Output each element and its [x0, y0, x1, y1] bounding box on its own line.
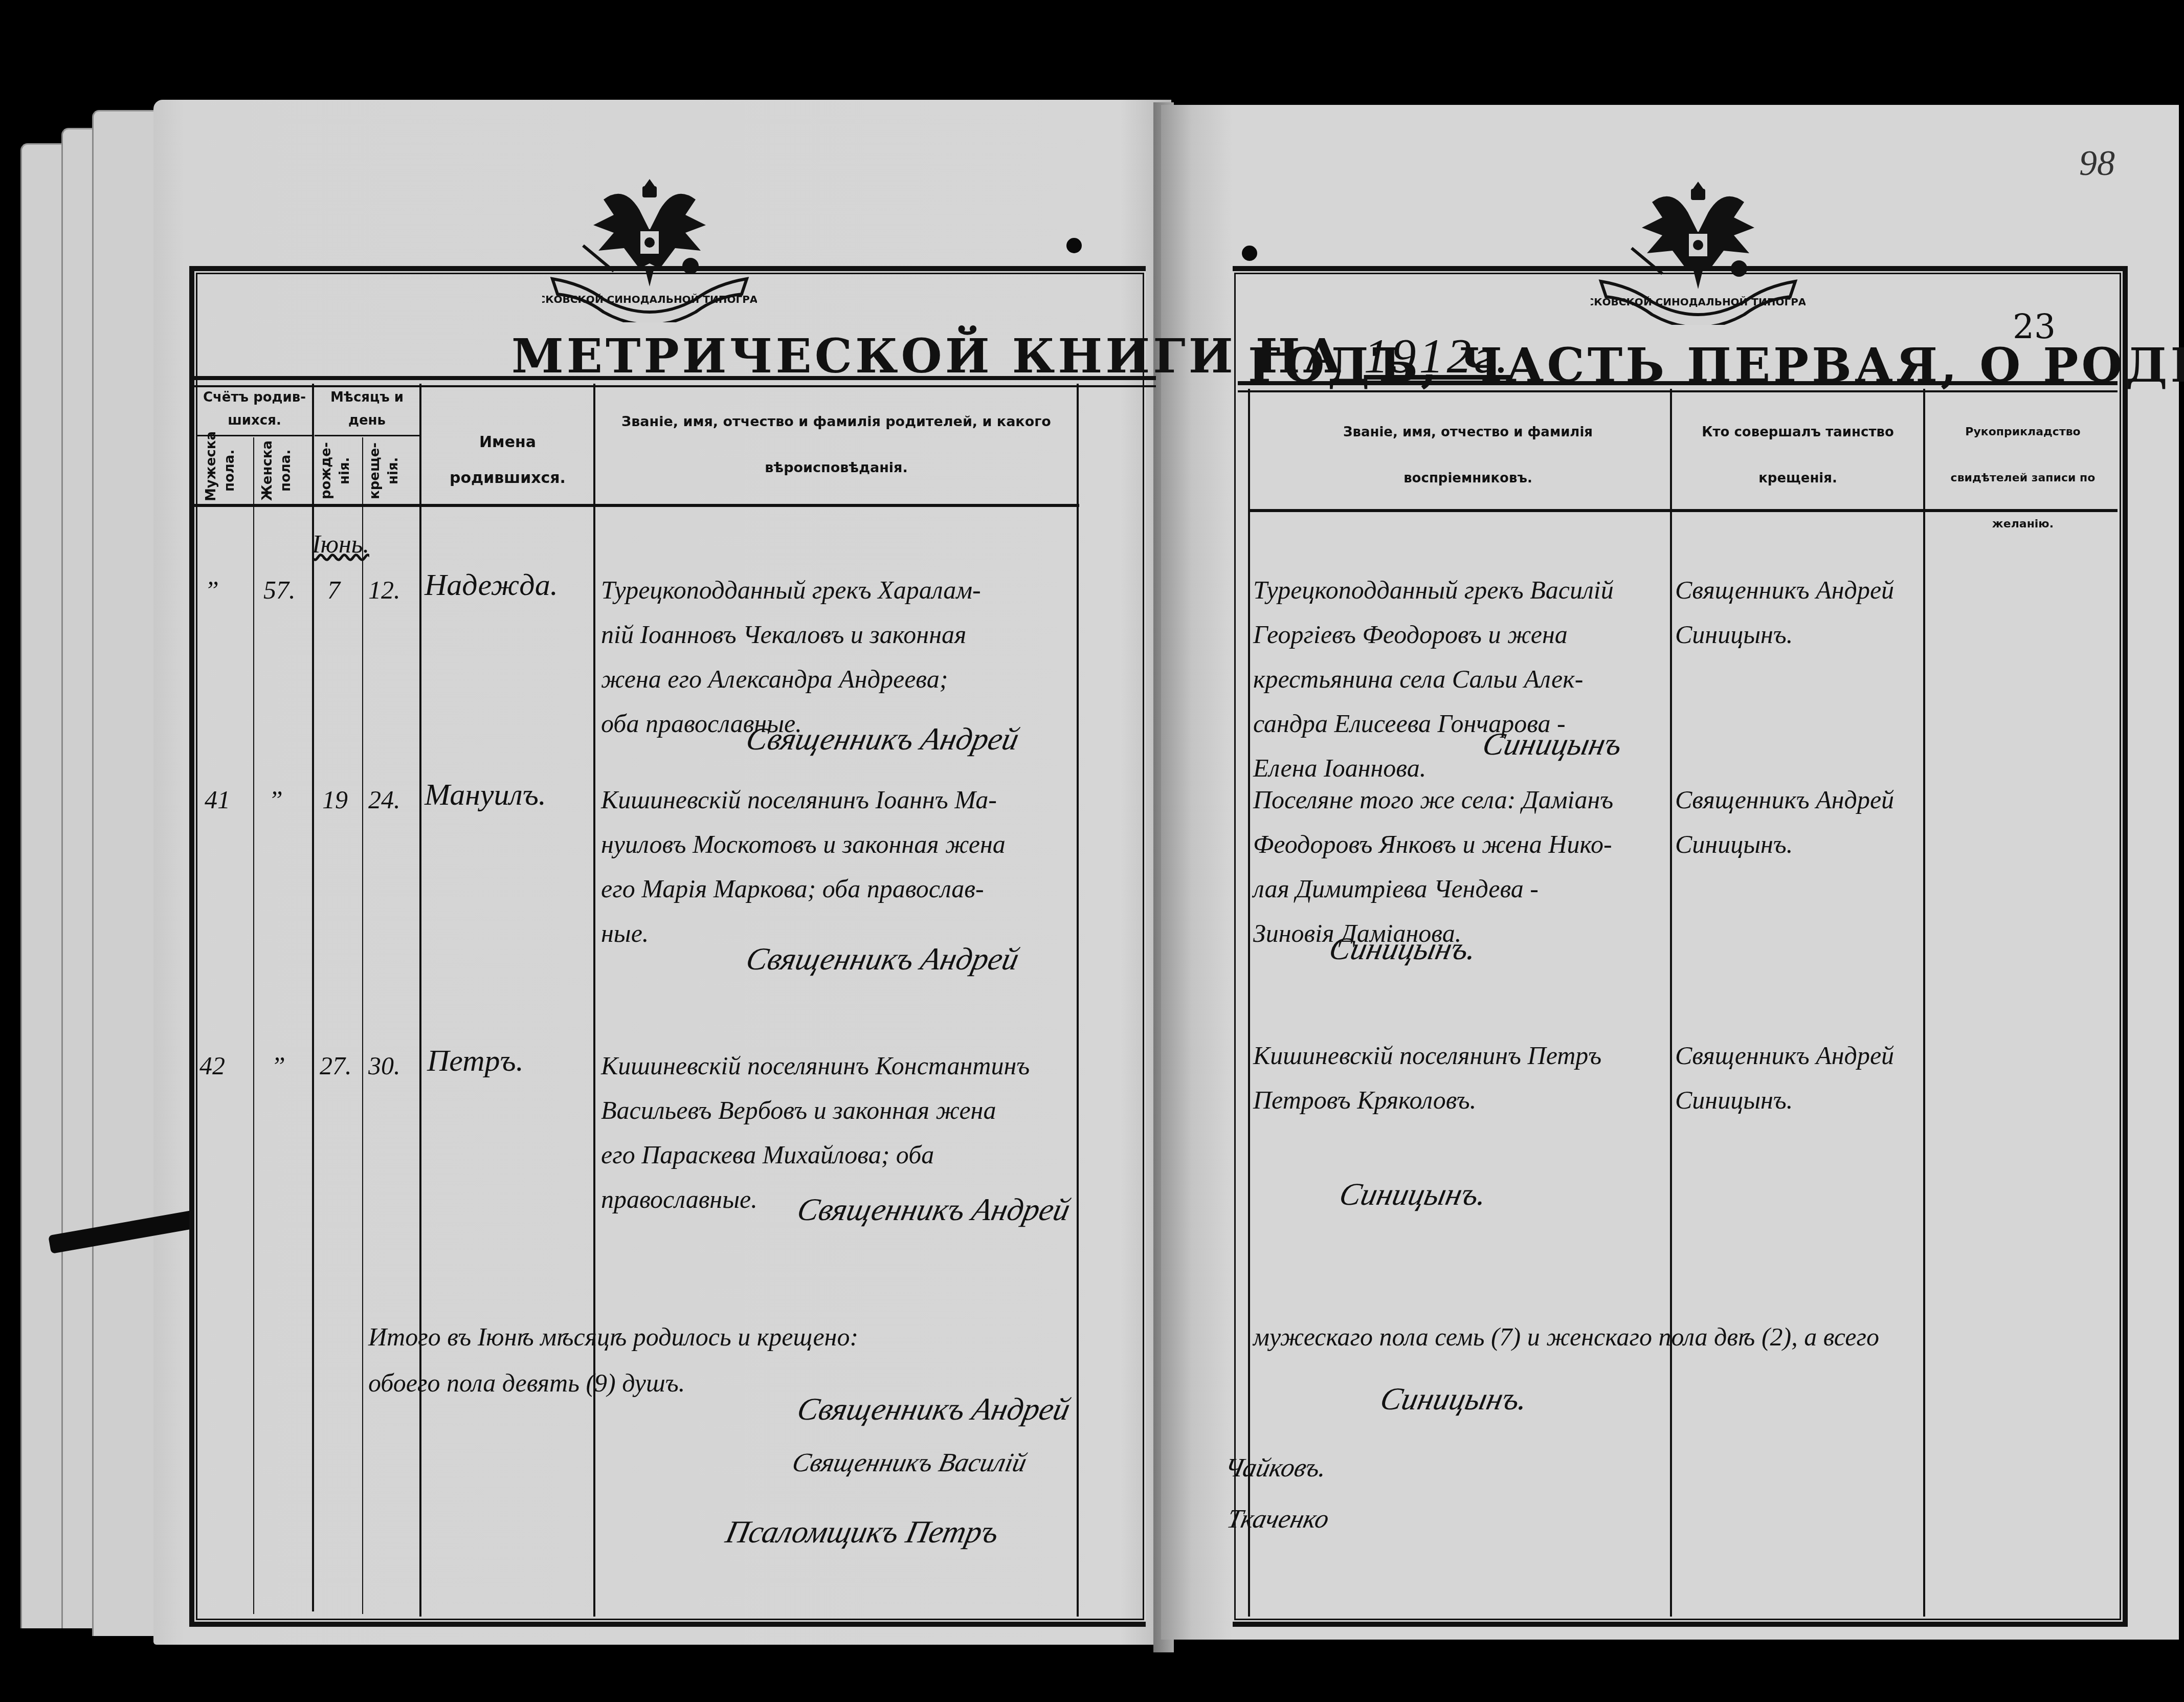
summary-signature-tkachenko: Ткаченко: [1224, 1504, 1332, 1534]
record-1-parents-signature: Священникъ Андрей: [743, 721, 1022, 758]
summary-signature-sinitsyn: Синицынъ.: [1377, 1381, 1531, 1418]
header-date-group: Мѣсяцъ и день: [315, 386, 419, 432]
col-divider: [1077, 384, 1079, 1617]
officiant-line: Священникъ Андрей: [1675, 778, 1894, 822]
record-2-female-no: ”: [269, 778, 283, 822]
header-count-male: Мужеска пола.: [202, 440, 248, 501]
header-officiant: Кто совершалъ таинство крещенія.: [1675, 409, 1921, 501]
svg-text:МОСКОВСКОЙ СИНОДАЛЬНОЙ ТИПОГРА: МОСКОВСКОЙ СИНОДАЛЬНОЙ ТИПОГРАФIИ: [542, 293, 757, 305]
header-count-group: Счётъ родив-шихся.: [197, 386, 312, 432]
col-divider: [253, 437, 254, 1614]
godparents-line: лая Димитріева Чендева -: [1253, 867, 1613, 911]
officiant-line: Синицынъ.: [1675, 822, 1894, 867]
record-1-godparents-signature: Синицынъ: [1479, 726, 1625, 763]
record-1-child-name: Надежда.: [425, 563, 558, 607]
col-divider: [1923, 389, 1925, 1617]
summary-right-line1: мужескаго пола семь (7) и женскаго пола …: [1253, 1315, 1879, 1359]
record-2-birth-day: 19: [322, 778, 348, 822]
record-2-godparents: Поселяне того же села: Даміанъ Феодоровъ…: [1253, 778, 1613, 956]
header-name: Имена родившихся.: [422, 425, 593, 496]
month-label: Іюнь.: [312, 522, 369, 566]
officiant-line: Священникъ Андрей: [1675, 1033, 1894, 1078]
svg-text:МОСКОВСКОЙ СИНОДАЛЬНОЙ ТИПОГРА: МОСКОВСКОЙ СИНОДАЛЬНОЙ ТИПОГРАФIИ: [1591, 296, 1806, 308]
col-divider: [1670, 389, 1672, 1617]
parents-line: Кишиневскій поселянинъ Іоаннъ Ма-: [601, 778, 1006, 822]
record-2-baptism-day: 24.: [368, 778, 400, 822]
record-3-birth-day: 27.: [320, 1044, 352, 1088]
summary-left-line2: обоего пола девять (9) душъ.: [368, 1361, 685, 1405]
header-count-female: Женска пола.: [258, 440, 304, 501]
parents-line: его Параскева Михайлова; оба: [601, 1133, 1030, 1177]
parents-line: пій Іоанновъ Чекаловъ и законная: [601, 612, 981, 657]
parents-line: его Марія Маркова; оба православ-: [601, 867, 1006, 911]
summary-signature-chaikov: Чайковъ.: [1222, 1453, 1330, 1483]
record-2-godparents-signature: Синицынъ.: [1326, 931, 1480, 967]
parents-line: жена его Александра Андреева;: [601, 657, 981, 701]
double-headed-eagle-emblem-icon: МОСКОВСКОЙ СИНОДАЛЬНОЙ ТИПОГРАФIИ: [1591, 171, 1806, 325]
header-witness-signatures: Рукоприкладство свидѣтелей записи по жел…: [1928, 409, 2118, 547]
col-divider: [1248, 389, 1250, 1617]
record-1-female-no: 57.: [263, 568, 296, 612]
summary-signature-priest-andrey: Священникъ Андрей: [794, 1391, 1073, 1428]
officiant-line: Синицынъ.: [1675, 612, 1894, 657]
header-parents: Званіе, имя, отчество и фамилія родителе…: [601, 399, 1072, 491]
record-2-child-name: Мануилъ.: [425, 772, 546, 817]
subheader-rule: [315, 435, 419, 436]
col-divider: [312, 384, 314, 1611]
pencil-folio-number: 98: [2079, 143, 2115, 184]
summary-left-line1: Итого въ Іюнѣ мѣсяцѣ родилось и крещено:: [368, 1315, 858, 1359]
parents-line: Кишиневскій поселянинъ Константинъ: [601, 1044, 1030, 1088]
godparents-line: Феодоровъ Янковъ и жена Нико-: [1253, 822, 1613, 867]
header-bottom-rule-left: [194, 504, 1079, 507]
header-date-birth: рожде-нія.: [317, 440, 358, 501]
col-divider: [593, 384, 595, 1617]
godparents-line: Кишиневскій поселянинъ Петръ: [1253, 1033, 1601, 1078]
officiant-line: Священникъ Андрей: [1675, 568, 1894, 612]
record-1-baptism-day: 12.: [368, 568, 400, 612]
godparents-line: Поселяне того же села: Даміанъ: [1253, 778, 1613, 822]
record-2-parents-signature: Священникъ Андрей: [743, 941, 1022, 978]
col-divider: [419, 384, 421, 1617]
godparents-line: Георгіевъ Феодоровъ и жена: [1253, 612, 1614, 657]
double-headed-eagle-emblem-icon: МОСКОВСКОЙ СИНОДАЛЬНОЙ ТИПОГРАФIИ: [542, 169, 757, 322]
record-3-child-name: Петръ.: [427, 1038, 524, 1083]
parents-line: нуиловъ Москотовъ и законная жена: [601, 822, 1006, 867]
header-date-baptism: креще-нія.: [366, 440, 407, 501]
summary-signature-priest-vasily: Священникъ Василій: [790, 1448, 1030, 1478]
title-left-text: МЕТРИЧЕСКОЙ КНИГИ НА: [511, 328, 1345, 384]
record-3-officiant: Священникъ Андрей Синицынъ.: [1675, 1033, 1894, 1122]
godparents-line: крестьянина села Сальи Алек-: [1253, 657, 1614, 701]
col-divider: [362, 437, 363, 1614]
record-3-parents-signature: Священникъ Андрей: [794, 1192, 1073, 1228]
record-3-godparents-signature: Синицынъ.: [1336, 1177, 1490, 1213]
record-2-male-no: 41: [205, 778, 230, 822]
header-rule-right: [1238, 381, 2118, 392]
record-3-godparents: Кишиневскій поселянинъ Петръ Петровъ Кря…: [1253, 1033, 1601, 1122]
record-3-male-no: 42: [199, 1044, 225, 1088]
officiant-line: Синицынъ.: [1675, 1078, 1894, 1122]
record-1-parents: Турецкоподданный грекъ Харалам- пій Іоан…: [601, 568, 981, 746]
binding-hole-right: [1242, 246, 1257, 261]
record-1-male-no: ”: [205, 568, 219, 612]
binding-hole-left: [1066, 238, 1082, 253]
record-2-parents: Кишиневскій поселянинъ Іоаннъ Ма- нуилов…: [601, 778, 1006, 956]
summary-signature-psalmist-petr: Псаломщикъ Петръ: [722, 1514, 1002, 1551]
record-3-female-no: ”: [271, 1044, 285, 1088]
record-3-baptism-day: 30.: [368, 1044, 400, 1088]
header-rule-left: [194, 376, 1156, 387]
parents-line: Турецкоподданный грекъ Харалам-: [601, 568, 981, 612]
record-1-birth-day: 7: [327, 568, 340, 612]
record-2-officiant: Священникъ Андрей Синицынъ.: [1675, 778, 1894, 867]
parents-line: Васильевъ Вербовъ и законная жена: [601, 1088, 1030, 1133]
record-1-officiant: Священникъ Андрей Синицынъ.: [1675, 568, 1894, 657]
godparents-line: Петровъ Кряколовъ.: [1253, 1078, 1601, 1122]
godparents-line: Турецкоподданный грекъ Василій: [1253, 568, 1614, 612]
header-godparents: Званіе, имя, отчество и фамилія воспріем…: [1330, 409, 1606, 501]
